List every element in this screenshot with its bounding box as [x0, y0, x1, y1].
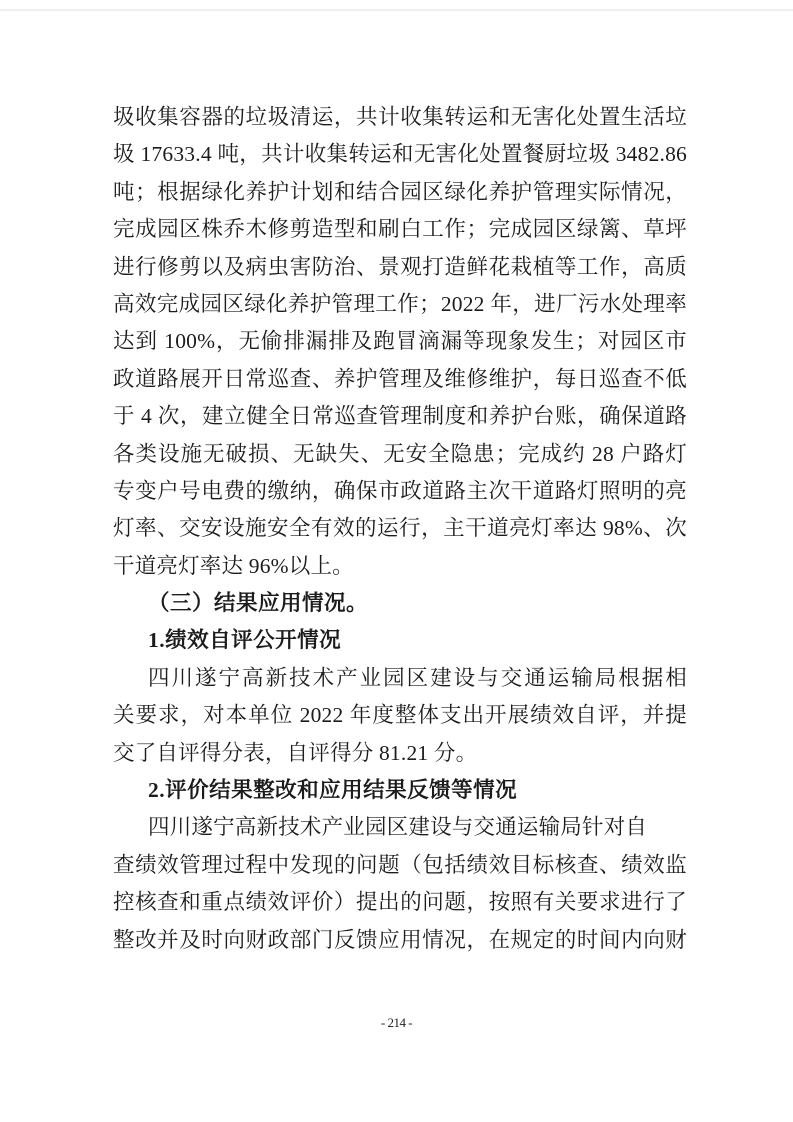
text-line: 圾收集容器的垃圾清运，共计收集转运和无害化处置生活垃 [113, 99, 687, 136]
heading-line: （三）结果应用情况。 [113, 585, 687, 622]
paragraph-self-evaluation: 四川遂宁高新技术产业园区建设与交通运输局根据相关要求，对本单位 2022 年度整… [113, 660, 687, 772]
text-line: 圾 17633.4 吨，共计收集转运和无害化处置餐厨垃圾 3482.86 [113, 136, 687, 173]
text-line: 高效完成园区绿化养护管理工作；2022 年，进厂污水处理率 [113, 286, 687, 323]
text-line: 控核查和重点绩效评价）提出的问题，按照有关要求进行了 [113, 884, 687, 921]
page-number: - 214 - [381, 1015, 412, 1030]
subsection-heading-self-evaluation-disclosure: 1.绩效自评公开情况 [113, 622, 687, 659]
text-line: 干道亮灯率达 96%以上。 [113, 548, 687, 585]
text-line: 于 4 次，建立健全日常巡查管理制度和养护台账，确保道路 [113, 398, 687, 435]
scan-artifact-line [0, 9, 793, 11]
text-line: 四川遂宁高新技术产业园区建设与交通运输局针对自 [113, 809, 687, 846]
heading-line: 1.绩效自评公开情况 [113, 622, 687, 659]
text-line: 专变户号电费的缴纳，确保市政道路主次干道路灯照明的亮 [113, 473, 687, 510]
paragraph-municipal-services-carryover: 圾收集容器的垃圾清运，共计收集转运和无害化处置生活垃圾 17633.4 吨，共计… [113, 99, 687, 585]
text-line: 灯率、交安设施安全有效的运行，主干道亮灯率达 98%、次 [113, 510, 687, 547]
text-line: 查绩效管理过程中发现的问题（包括绩效目标核查、绩效监 [113, 847, 687, 884]
text-line: 完成园区株乔木修剪造型和刷白工作；完成园区绿篱、草坪 [113, 211, 687, 248]
text-line: 达到 100%，无偷排漏排及跑冒滴漏等现象发生；对园区市 [113, 323, 687, 360]
paragraph-rectification: 四川遂宁高新技术产业园区建设与交通运输局针对自查绩效管理过程中发现的问题（包括绩… [113, 809, 687, 959]
text-line: 四川遂宁高新技术产业园区建设与交通运输局根据相 [113, 660, 687, 697]
text-line: 进行修剪以及病虫害防治、景观打造鲜花栽植等工作，高质 [113, 249, 687, 286]
heading-line: 2.评价结果整改和应用结果反馈等情况 [113, 772, 687, 809]
text-line: 各类设施无破损、无缺失、无安全隐患；完成约 28 户路灯 [113, 436, 687, 473]
section-heading-results-application: （三）结果应用情况。 [113, 585, 687, 622]
document-page: 圾收集容器的垃圾清运，共计收集转运和无害化处置生活垃圾 17633.4 吨，共计… [0, 0, 793, 1122]
text-line: 整改并及时向财政部门反馈应用情况，在规定的时间内向财 [113, 922, 687, 959]
document-body: 圾收集容器的垃圾清运，共计收集转运和无害化处置生活垃圾 17633.4 吨，共计… [113, 99, 687, 959]
text-line: 关要求，对本单位 2022 年度整体支出开展绩效自评，并提 [113, 697, 687, 734]
subsection-heading-rectification-feedback: 2.评价结果整改和应用结果反馈等情况 [113, 772, 687, 809]
text-line: 交了自评得分表，自评得分 81.21 分。 [113, 735, 687, 772]
text-line: 政道路展开日常巡查、养护管理及维修维护，每日巡查不低 [113, 361, 687, 398]
page-footer: - 214 - [0, 1014, 793, 1032]
text-line: 吨；根据绿化养护计划和结合园区绿化养护管理实际情况， [113, 174, 687, 211]
